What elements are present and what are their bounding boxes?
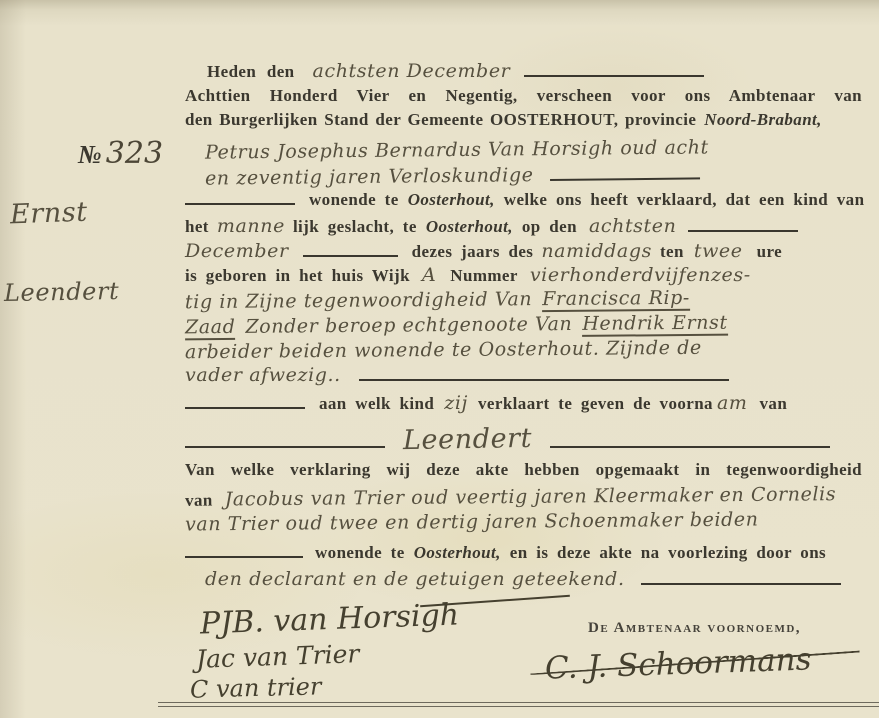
hw-father-absent: vader afwezig..	[185, 364, 341, 386]
official-title: De Ambtenaar voornoemd,	[588, 620, 801, 637]
blank-rule	[550, 442, 830, 448]
hw-signed-by: den declarant en de getuigen geteekend.	[205, 568, 625, 590]
hw-signed-by-line: den declarant en de getuigen geteekend.	[205, 568, 841, 590]
printed-place-oosterhout-3: Oosterhout,	[414, 543, 501, 562]
hw-mother-name: Francisca Rip-	[542, 287, 690, 312]
hw-father-absent-line: vader afwezig..	[185, 364, 729, 386]
line-year: Achttien Honderd Vier en Negentig, versc…	[185, 86, 862, 106]
printed-ure: ure	[757, 242, 782, 261]
birth-record-scan: № 323 Ernst Leendert Heden den achtsten …	[0, 0, 879, 718]
blank-rule	[185, 552, 303, 558]
line-sex-birthplace: het manne lijk geslacht, te Oosterhout, …	[185, 215, 798, 237]
line-opening-date: Heden den achtsten December	[207, 60, 704, 82]
printed-province: Noord-Brabant,	[704, 110, 822, 129]
hw-wijk-letter: A	[422, 264, 436, 286]
margin-child-first-name: Ernst	[9, 197, 88, 231]
printed-declaration: welke ons heeft verklaard, dat een kind …	[504, 190, 865, 209]
blank-rule	[550, 173, 700, 181]
printed-dezes-jaars: dezes jaars des	[412, 242, 534, 261]
blank-rule	[185, 403, 305, 409]
blank-rule	[185, 442, 385, 448]
printed-van: van	[760, 394, 788, 413]
blank-rule	[185, 199, 295, 205]
hw-declarant-age-occupation: en zeventig jaren Verloskundige	[205, 164, 534, 189]
printed-place-oosterhout-2: Oosterhout,	[426, 217, 513, 236]
line-witness-1: van Jacobus van Trier oud veertig jaren …	[185, 483, 836, 511]
printed-wonende-te-2: wonende te	[315, 543, 405, 562]
line-birth-month-time: December dezes jaars des namiddags ten t…	[185, 240, 782, 262]
bottom-divider	[158, 702, 879, 707]
hw-mother-details-line: Zaad Zonder beroep echtgenoote Van Hendr…	[185, 312, 728, 339]
record-number-value: 323	[106, 136, 163, 171]
hw-mother-surname-part: Zaad	[185, 316, 236, 340]
hw-birth-month: December	[185, 240, 289, 262]
hw-declarant-name: Petrus Josephus Bernardus Van Horsigh ou…	[205, 136, 709, 163]
signature-witness-2: C van trier	[190, 672, 322, 703]
signature-witness-1: Jac van Trier	[196, 639, 360, 674]
hw-presence-text: tig in Zijne tegenwoordigheid Van	[185, 288, 532, 313]
hw-father-occupation-line: arbeider beiden wonende te Oosterhout. Z…	[185, 337, 702, 364]
blank-rule	[303, 251, 398, 257]
hw-house-number: vierhonderdvijfenzes-	[530, 264, 751, 286]
line-given-name-intro: aan welk kind zij verklaart te geven de …	[185, 392, 787, 414]
printed-ten: ten	[660, 242, 684, 261]
line-house-address: is geboren in het huis Wijk A Nummer vie…	[185, 264, 751, 286]
printed-wijk: is geboren in het huis Wijk	[185, 266, 410, 285]
line-deed-drawn-up: Van welke verklaring wij deze akte hebbe…	[185, 460, 862, 480]
blank-rule	[641, 579, 841, 585]
line-given-name: Leendert	[185, 424, 830, 455]
record-number: № 323	[78, 136, 163, 171]
hw-zij: zij	[444, 392, 468, 414]
printed-voorlezing: en is deze akte na voorlezing door ons	[510, 543, 826, 562]
hw-time-of-day: namiddags	[541, 240, 652, 262]
hw-witness-2: van Trier oud twee en dertig jaren Schoe…	[185, 508, 759, 535]
blank-rule	[359, 375, 729, 381]
printed-van-witness: van	[185, 491, 213, 510]
printed-aan-welk-kind: aan welk kind	[319, 394, 434, 413]
hw-declarant-age-occupation-line: en zeventig jaren Verloskundige	[205, 162, 700, 189]
hw-child-given-name: Leendert	[403, 423, 533, 456]
printed-municipality: den Burgerlijken Stand der Gemeente OOST…	[185, 110, 696, 129]
line-municipality: den Burgerlijken Stand der Gemeente OOST…	[185, 110, 822, 130]
printed-place-oosterhout: Oosterhout,	[408, 190, 495, 209]
hw-sex: manne	[217, 215, 285, 237]
signature-declarant: PJB. van Horsigh	[199, 597, 459, 641]
hw-voornaam-suffix: am	[717, 392, 748, 414]
hw-mother-presence-line: tig in Zijne tegenwoordigheid Van Franci…	[185, 287, 690, 313]
printed-verklaart: verklaart te geven de voorna	[478, 394, 713, 413]
margin-child-middle-name: Leendert	[4, 277, 120, 307]
printed-het: het	[185, 217, 209, 236]
printed-wonende-te: wonende te	[309, 190, 399, 209]
printed-heden-den: Heden den	[207, 62, 295, 81]
blank-rule	[688, 226, 798, 232]
line-residence-closing: wonende te Oosterhout, en is deze akte n…	[185, 543, 826, 563]
hw-birth-day: achtsten	[589, 215, 677, 237]
printed-op-den: op den	[522, 217, 577, 236]
hw-declaration-date: achtsten December	[313, 60, 511, 82]
hw-mother-occupation: Zonder beroep echtgenoote Van	[245, 313, 572, 338]
hw-hour: twee	[694, 240, 743, 262]
record-number-symbol: №	[78, 140, 102, 169]
line-residence-declaration: wonende te Oosterhout, welke ons heeft v…	[185, 190, 864, 210]
blank-rule	[524, 71, 704, 77]
hw-witness-1: Jacobus van Trier oud veertig jaren Klee…	[225, 483, 837, 510]
printed-geslacht: lijk geslacht, te	[293, 217, 417, 236]
hw-father-name: Hendrik Ernst	[582, 312, 728, 337]
printed-nummer: Nummer	[450, 266, 518, 285]
